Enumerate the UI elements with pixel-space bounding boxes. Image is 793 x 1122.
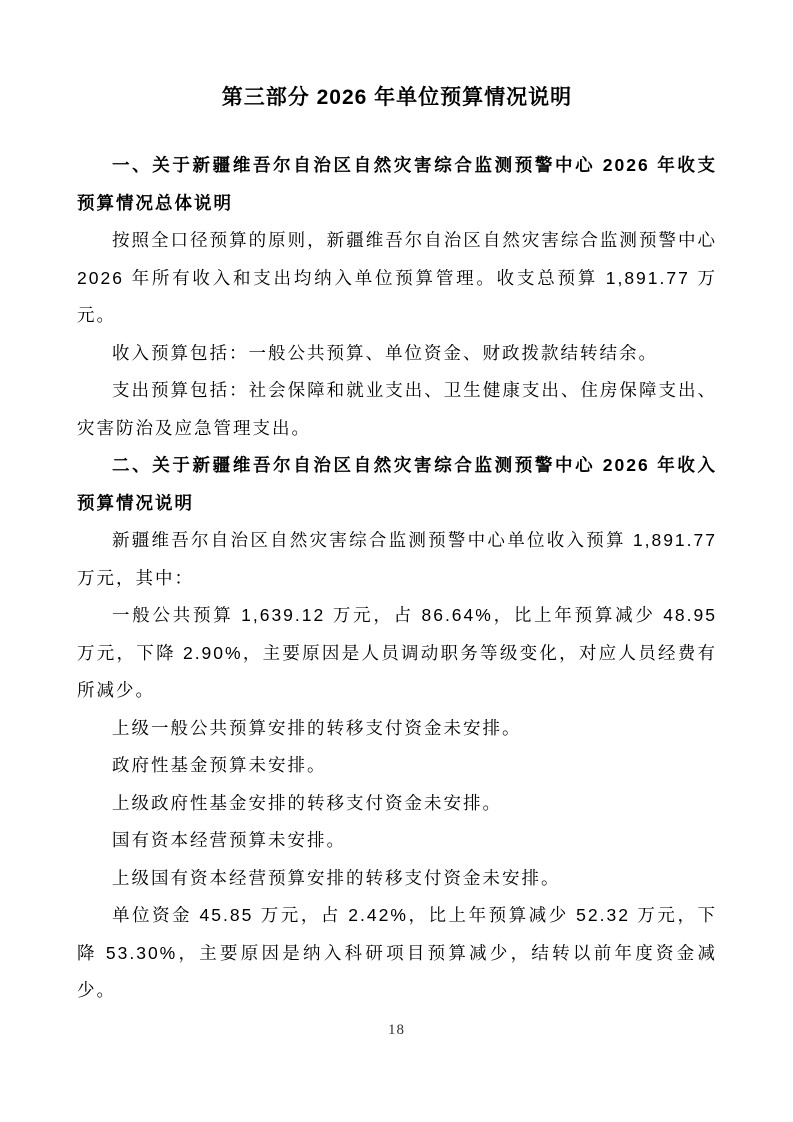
paragraph-revenue-scope: 收入预算包括：一般公共预算、单位资金、财政拨款结转结余。 (77, 335, 717, 373)
paragraph-transfer-payment-general: 上级一般公共预算安排的转移支付资金未安排。 (77, 710, 717, 748)
page-number: 18 (0, 1022, 793, 1039)
section-one-heading: 一、关于新疆维吾尔自治区自然灾害综合监测预警中心 2026 年收支预算情况总体说… (77, 147, 717, 222)
paragraph-expenditure-scope: 支出预算包括：社会保障和就业支出、卫生健康支出、住房保障支出、灾害防治及应急管理… (77, 372, 717, 447)
section-two-heading: 二、关于新疆维吾尔自治区自然灾害综合监测预警中心 2026 年收入预算情况说明 (77, 447, 717, 522)
document-content: 第三部分 2026 年单位预算情况说明 一、关于新疆维吾尔自治区自然灾害综合监测… (77, 80, 717, 1010)
document-page: 第三部分 2026 年单位预算情况说明 一、关于新疆维吾尔自治区自然灾害综合监测… (0, 0, 793, 1122)
paragraph-income-total: 新疆维吾尔自治区自然灾害综合监测预警中心单位收入预算 1,891.77 万元，其… (77, 522, 717, 597)
paragraph-gov-fund: 政府性基金预算未安排。 (77, 747, 717, 785)
paragraph-unit-funds: 单位资金 45.85 万元，占 2.42%，比上年预算减少 52.32 万元，下… (77, 897, 717, 1010)
document-title: 第三部分 2026 年单位预算情况说明 (77, 80, 717, 116)
paragraph-transfer-payment-state-capital: 上级国有资本经营预算安排的转移支付资金未安排。 (77, 860, 717, 898)
paragraph-transfer-payment-gov-fund: 上级政府性基金安排的转移支付资金未安排。 (77, 785, 717, 823)
paragraph-state-capital: 国有资本经营预算未安排。 (77, 822, 717, 860)
paragraph-general-public-budget: 一般公共预算 1,639.12 万元，占 86.64%，比上年预算减少 48.9… (77, 597, 717, 710)
paragraph-total-budget: 按照全口径预算的原则，新疆维吾尔自治区自然灾害综合监测预警中心 2026 年所有… (77, 222, 717, 335)
